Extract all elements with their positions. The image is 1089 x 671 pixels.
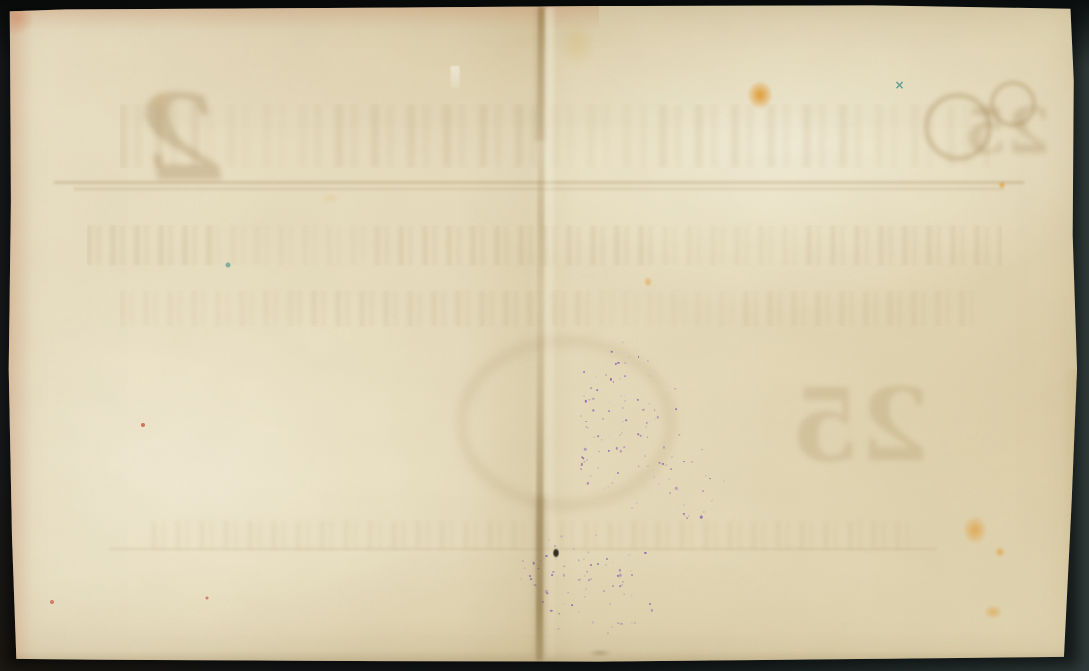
stamp-ink-dot [621, 395, 622, 396]
stamp-ink-dot [524, 567, 526, 569]
stamp-ink-dot [610, 401, 611, 402]
stamp-ink-dot [675, 408, 677, 410]
stamp-ink-dot [583, 372, 585, 374]
stamp-ink-dot [537, 568, 538, 569]
stamp-ink-dot [554, 545, 556, 547]
embossed-mark [451, 66, 460, 88]
stamp-ink-dot [669, 479, 670, 480]
stamp-ink-dot [659, 463, 661, 465]
stamp-ink-dot [584, 576, 585, 577]
stamp-ink-dot [559, 613, 560, 614]
stamp-ink-dot [550, 609, 553, 612]
stamp-ink-dot [582, 458, 584, 460]
stamp-ink-dot [578, 560, 579, 561]
stamp-ink-dot [551, 575, 553, 577]
stamp-ink-dot [578, 611, 580, 613]
smudge-bottom-edge [585, 648, 615, 658]
stamp-ink-dot [700, 516, 702, 518]
stamp-ink-dot [649, 603, 651, 605]
stamp-ink-dot [647, 436, 649, 438]
stamp-ink-dot [709, 478, 711, 480]
stamp-ink-dot [597, 489, 598, 490]
stamp-ink-dot [573, 548, 574, 549]
pinhole [553, 548, 560, 558]
stamp-ink-dot [594, 436, 595, 437]
stamp-ink-dot [615, 363, 617, 365]
stamp-ink-dot [620, 450, 622, 452]
stamp-ink-dot [640, 434, 643, 437]
stamp-ink-dot [596, 377, 597, 378]
stamp-ink-dot [581, 416, 582, 417]
stamp-ink-dot [649, 403, 650, 404]
stamp-ink-dot [530, 578, 532, 580]
stamp-ink-dot [702, 490, 704, 492]
stamp-ink-dot [561, 536, 562, 537]
stamp-ink-dot [669, 492, 671, 494]
stamp-ink-dot [608, 487, 609, 488]
stamp-ink-dot [631, 571, 632, 572]
stamp-ink-dot [590, 565, 592, 567]
stamp-ink-dot [632, 623, 633, 624]
stamp-ink-dot [586, 571, 588, 573]
stamp-ink-dot [638, 433, 640, 435]
stamp-ink-dot [598, 451, 600, 453]
stamp-ink-dot [555, 558, 556, 559]
stamp-ink-dot [665, 466, 666, 467]
stamp-ink-dot [617, 472, 619, 474]
stamp-ink-dot [684, 515, 685, 516]
stamp-ink-dot [547, 592, 549, 594]
stamp-ink-dot [620, 379, 621, 380]
stamp-ink-dot [625, 396, 626, 397]
stamp-ink-dot [602, 418, 604, 420]
stamp-ink-dot [581, 463, 583, 465]
stamp-ink-dot [622, 427, 623, 428]
foxing-dot-right-edge [996, 180, 1007, 191]
stamp-ink-dot [563, 603, 565, 605]
stamp-ink-dot [619, 574, 621, 576]
stamp-ink-dot [584, 461, 585, 462]
stamp-ink-dot [679, 434, 680, 435]
stamp-ink-dot [655, 418, 657, 420]
stamp-ink-dot [591, 456, 592, 457]
stamp-ink-dot [703, 512, 704, 513]
stamp-ink-dot [578, 578, 580, 580]
stamp-ink-dot [617, 362, 619, 364]
stamp-ink-dot [580, 465, 581, 466]
photo-backdrop: 2 25 25 × [0, 0, 1089, 671]
stamp-ink-dot [608, 410, 610, 412]
stamp-ink-dot [605, 374, 607, 376]
stamp-ink-dot [535, 584, 536, 585]
stamp-ink-dot [522, 560, 524, 562]
banknote-reverse: 2 25 25 × [0, 0, 1089, 671]
stamp-ink-dot [598, 467, 599, 468]
stamp-ink-dot [647, 466, 648, 467]
stamp-ink-dot [593, 410, 594, 411]
stamp-ink-dot [645, 421, 647, 423]
red-fleck-3 [205, 596, 208, 599]
stamp-ink-dot [650, 375, 651, 376]
stamp-ink-dot [597, 563, 599, 565]
stamp-ink-dot [592, 397, 595, 400]
stamp-ink-dot [611, 350, 613, 352]
stamp-ink-dot [677, 490, 678, 491]
stamp-ink-dot [658, 483, 659, 484]
stamp-ink-dot [597, 390, 599, 392]
stamp-ink-dot [651, 609, 653, 611]
stamp-ink-dot [622, 342, 623, 343]
stamp-ink-dot [586, 589, 587, 590]
stamp-ink-dot [609, 603, 611, 605]
stamp-ink-dot [624, 363, 626, 365]
stamp-ink-dot [671, 456, 673, 458]
stamp-ink-dot [563, 574, 565, 576]
stain-top-of-fold [554, 12, 600, 76]
stamp-ink-dot [619, 586, 621, 588]
marks-layer: × [0, 0, 1089, 671]
stamp-ink-dot [585, 421, 587, 423]
stamp-ink-dot [588, 579, 590, 581]
stamp-ink-dot [596, 535, 597, 536]
stamp-ink-dot [705, 475, 706, 476]
stamp-ink-dot [625, 419, 627, 421]
stamp-ink-dot [621, 432, 622, 433]
stamp-ink-dot [629, 357, 630, 358]
stamp-ink-dot [657, 416, 659, 418]
stamp-ink-dot [592, 621, 595, 624]
stamp-ink-dot [533, 562, 536, 565]
stain-mid-left [317, 191, 343, 205]
red-fleck-1 [141, 423, 145, 427]
stamp-ink-dot [613, 381, 615, 383]
stamp-ink-dot [606, 558, 608, 560]
stamp-ink-dot [614, 477, 615, 478]
stamp-ink-dot [612, 585, 614, 587]
stamp-ink-dot [612, 562, 613, 563]
stamp-ink-dot [629, 554, 630, 555]
stain-upper-left [150, 87, 170, 113]
stamp-ink-dot [624, 594, 625, 595]
stamp-ink-dot [638, 466, 640, 468]
stamp-ink-dot [670, 469, 672, 471]
stamp-ink-dot [647, 360, 649, 362]
stamp-ink-dot [622, 407, 624, 409]
stamp-ink-dot [610, 378, 612, 380]
stamp-ink-dot [558, 628, 559, 629]
stamp-ink-dot [590, 387, 592, 389]
teal-fleck [225, 263, 230, 268]
stamp-ink-dot [622, 421, 623, 422]
stamp-ink-dot [662, 464, 664, 466]
stamp-ink-dot [584, 395, 586, 397]
stamp-ink-dot [583, 558, 584, 559]
stamp-ink-dot [606, 565, 607, 566]
stamp-ink-dot [542, 601, 544, 603]
teal-x-mark: × [894, 79, 904, 91]
stamp-ink-dot [688, 515, 689, 516]
stamp-ink-dot [556, 578, 557, 579]
stamp-ink-dot [619, 435, 620, 436]
stamp-ink-dot [590, 475, 591, 476]
stamp-ink-dot [612, 626, 613, 627]
stamp-ink-dot [618, 577, 619, 578]
stamp-ink-dot [654, 410, 656, 412]
stamp-ink-dot [632, 507, 633, 508]
stamp-ink-dot [701, 515, 702, 516]
stamp-ink-dot [631, 595, 632, 596]
stamp-ink-dot [621, 580, 623, 582]
red-fleck-2 [50, 600, 54, 604]
stamp-ink-dot [624, 375, 626, 377]
stamp-ink-dot [645, 552, 647, 554]
stamp-ink-dot [545, 555, 547, 557]
foxing-stain-bottom-right-2 [992, 545, 1007, 560]
stamp-ink-dot [588, 552, 589, 553]
stamp-ink-dot [529, 575, 531, 577]
foxing-stain-bottom-right-1 [958, 510, 992, 550]
stamp-ink-dot [684, 505, 685, 506]
stamp-ink-dot [644, 455, 646, 457]
stamp-ink-dot [624, 400, 626, 402]
stamp-ink-dot [612, 483, 613, 484]
stamp-ink-dot [572, 604, 574, 606]
stamp-ink-dot [548, 539, 549, 540]
stamp-ink-dot [584, 596, 585, 597]
stamp-ink-dot [607, 632, 609, 634]
stamp-ink-dot [702, 449, 704, 451]
stamp-ink-dot [637, 398, 639, 400]
stamp-ink-dot [568, 592, 570, 594]
stamp-ink-dot [552, 571, 554, 573]
stamp-ink-dot [590, 578, 592, 580]
stamp-ink-dot [532, 584, 533, 585]
stamp-ink-dot [604, 489, 605, 490]
stamp-ink-dot [620, 623, 622, 625]
stamp-ink-dot [581, 468, 583, 470]
foxing-stain-bottom-right-3 [980, 602, 1006, 622]
stamp-ink-dot [540, 560, 541, 561]
foxing-dot-center [642, 275, 654, 289]
stamp-ink-dot [634, 622, 636, 624]
stamp-ink-dot [601, 439, 602, 440]
foxing-stain-top-right [742, 75, 778, 115]
stamp-ink-dot [603, 590, 605, 592]
stamp-ink-dot [636, 502, 637, 503]
stamp-ink-dot [585, 400, 587, 402]
stamp-ink-dot [691, 461, 693, 463]
stamp-ink-dot [608, 450, 610, 452]
stamp-ink-dot [619, 569, 621, 571]
stamp-ink-dot [586, 459, 588, 461]
stamp-ink-dot [521, 579, 522, 580]
stamp-ink-dot [563, 565, 565, 567]
stamp-ink-dot [589, 399, 590, 400]
stamp-ink-dot [687, 517, 689, 519]
stamp-ink-dot [631, 574, 633, 576]
stamp-ink-dot [642, 409, 644, 411]
stamp-ink-dot [663, 446, 665, 448]
stamp-ink-dot [683, 461, 685, 463]
stamp-ink-dot [584, 448, 587, 451]
stamp-ink-dot [617, 622, 619, 624]
stamp-ink-dot [654, 477, 655, 478]
stamp-ink-dot [610, 436, 611, 437]
stamp-ink-dot [711, 500, 712, 501]
stamp-ink-dot [587, 482, 589, 484]
stamp-ink-dot [544, 558, 545, 559]
stamp-ink-dot [675, 388, 677, 390]
stamp-ink-dot [598, 436, 600, 438]
stamp-ink-dot [646, 426, 647, 427]
stamp-ink-dot [587, 427, 588, 428]
stamp-ink-dot [623, 446, 625, 448]
stamp-ink-dot [638, 356, 640, 358]
stamp-ink-dot [616, 447, 618, 449]
stamp-ink-dot [723, 480, 724, 481]
